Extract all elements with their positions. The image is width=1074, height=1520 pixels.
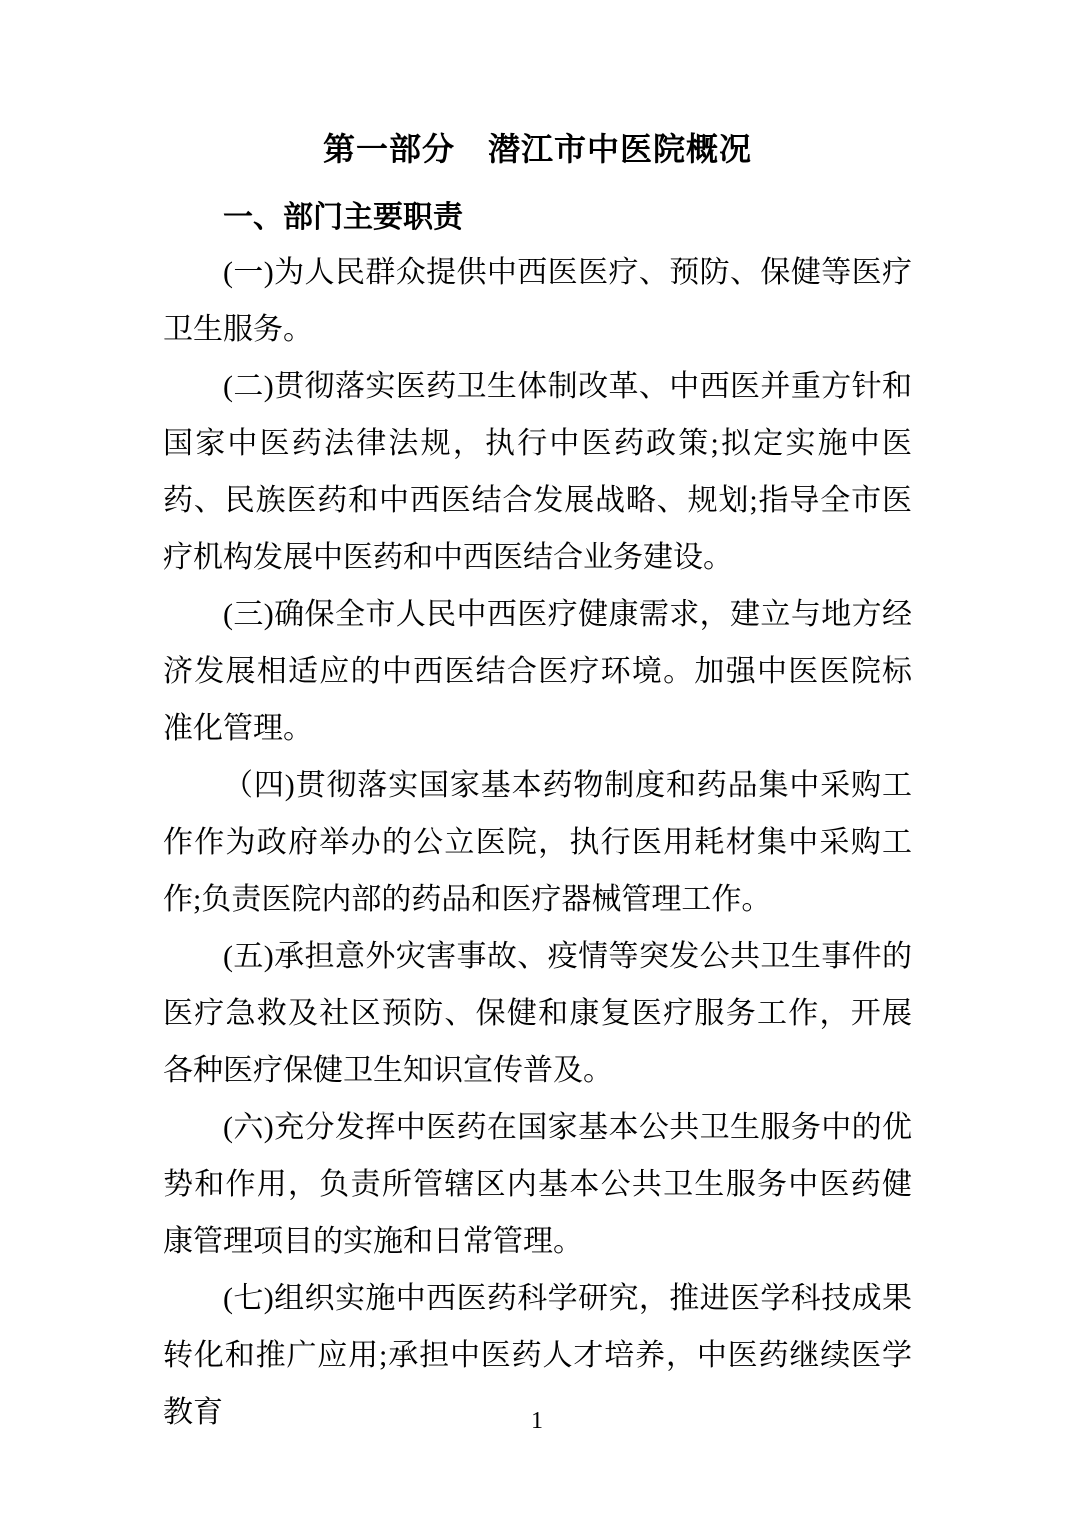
document-title: 第一部分 潜江市中医院概况 bbox=[163, 126, 912, 172]
paragraph: (二)贯彻落实医药卫生体制改革、中西医并重方针和国家中医药法律法规，执行中医药政… bbox=[163, 358, 912, 586]
paragraph: (一)为人民群众提供中西医医疗、预防、保健等医疗卫生服务。 bbox=[163, 244, 912, 358]
document-page: 第一部分 潜江市中医院概况 一、部门主要职责 (一)为人民群众提供中西医医疗、预… bbox=[0, 0, 1074, 1520]
document-body: (一)为人民群众提供中西医医疗、预防、保健等医疗卫生服务。 (二)贯彻落实医药卫… bbox=[163, 244, 912, 1441]
paragraph: (六)充分发挥中医药在国家基本公共卫生服务中的优势和作用，负责所管辖区内基本公共… bbox=[163, 1099, 912, 1270]
paragraph: (三)确保全市人民中西医疗健康需求，建立与地方经济发展相适应的中西医结合医疗环境… bbox=[163, 586, 912, 757]
paragraph: （四)贯彻落实国家基本药物制度和药品集中采购工作作为政府举办的公立医院，执行医用… bbox=[163, 757, 912, 928]
paragraph: (五)承担意外灾害事故、疫情等突发公共卫生事件的医疗急救及社区预防、保健和康复医… bbox=[163, 928, 912, 1099]
page-number: 1 bbox=[0, 1404, 1074, 1438]
section-heading: 一、部门主要职责 bbox=[163, 192, 912, 244]
